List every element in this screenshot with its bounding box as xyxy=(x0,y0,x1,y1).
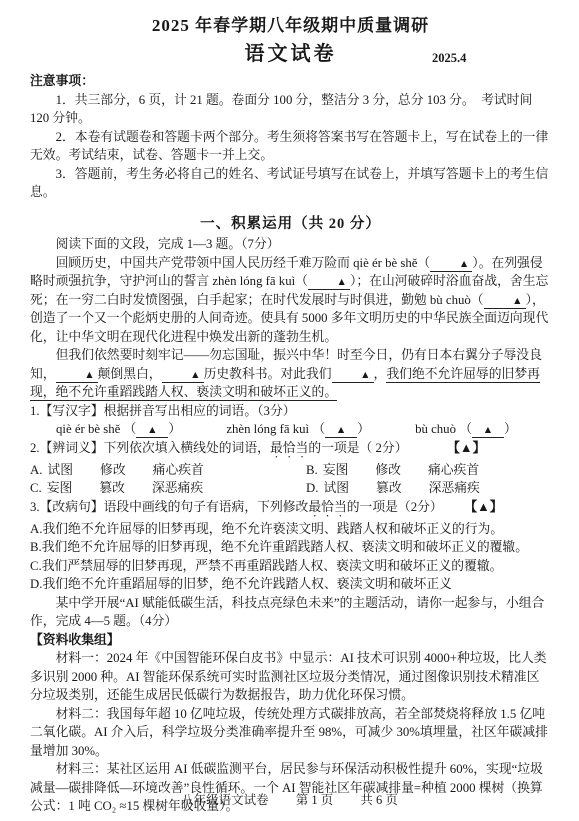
material-1: 材料一：2024 年《中国智能环保白皮书》中显示：AI 技术可识别 4000+种… xyxy=(30,649,551,705)
notice-item-3: 3．答题前，考生务必将自己的姓名、考试证号填写在试卷上，并填写答题卡上的考生信息… xyxy=(30,165,551,202)
activity-intro: 某中学开展“AI 赋能低碳生活，科技点亮绿色未来”的主题活动，请你一起参与，小组… xyxy=(30,594,551,631)
option-word: 修改 xyxy=(375,463,401,477)
question-1-label: 1.【写汉字】根据拼音写出相应的词语。（3分） xyxy=(30,402,551,421)
fill-blank-triangle: ▲ xyxy=(56,369,98,383)
option-letter: C. xyxy=(30,481,42,495)
option-word: 试图 xyxy=(47,463,73,477)
question-1-answer-line: qiè ér bè shě （▲） zhèn lóng fā kuì （▲） b… xyxy=(30,420,551,439)
question-2-label: 2.【辨词义】下列依次填入横线处的词语，最恰当的一项是（ 2分）【▲】 xyxy=(30,439,551,461)
section-1-heading: 一、积累运用（共 20 分） xyxy=(30,215,551,234)
question-3-answer-bracket: 【▲】 xyxy=(471,500,503,514)
pinyin-text: qiè ér bè shě xyxy=(56,422,124,436)
option-letter: B. xyxy=(306,463,318,477)
notices-label: 注意事项： xyxy=(30,72,551,91)
option-d: D.试图篡改深恶痛疾 xyxy=(306,479,551,498)
passage-paragraph-2: 但我们依然要时刻牢记——勿忘国耻，振兴中华！时至今日，仍有日本右翼分子辱没良知，… xyxy=(30,346,551,402)
notice-item-1: 1．共三部分，6 页，计 21 题。卷面分 100 分，整洁分 3 分，总分 1… xyxy=(30,91,551,128)
question-3-emphasis: 最恰当 xyxy=(308,500,346,514)
pinyin-text: bù chuò xyxy=(415,422,459,436)
option-word: 妄图 xyxy=(47,481,73,495)
option-b: B.妄图修改痛心疾首 xyxy=(306,461,551,480)
question-2-text: 的一项是（ 2分） xyxy=(308,441,407,455)
question-3-text: 3.【改病句】语段中画线的句子有语病，下列修改 xyxy=(30,500,308,514)
question-2-emphasis: 最恰当 xyxy=(270,441,308,455)
footer-paper-name: 八年级语文试卷 xyxy=(181,793,269,807)
option-letter: A. xyxy=(30,463,42,477)
option-word: 试图 xyxy=(323,481,349,495)
question-3-label: 3.【改病句】语段中画线的句子有语病，下列修改最恰当的一项是（2分）【▲】 xyxy=(30,498,551,520)
footer-page-total: 共 6 页 xyxy=(360,793,398,807)
option-word: 篡改 xyxy=(376,481,402,495)
passage-text: 历史教科书。对此我们 xyxy=(204,367,332,381)
material-group-label: 【资料收集组】 xyxy=(30,631,551,650)
option-word: 修改 xyxy=(100,463,126,477)
pinyin-item-3: bù chuò （▲） xyxy=(415,422,517,436)
reading-passage: 回顾历史，中国共产党带领中国人民历经千难万险而 qiè ér bè shě（▲）… xyxy=(30,254,551,402)
fill-blank-triangle: ▲ xyxy=(325,424,357,438)
footer-page-number: 第 1 页 xyxy=(296,793,334,807)
option-word: 痛心疾首 xyxy=(153,463,204,477)
fill-blank-triangle: ▲ xyxy=(430,258,472,272)
paper-subtitle: 语文试卷 xyxy=(30,40,551,68)
fill-blank-triangle: ▲ xyxy=(136,424,168,438)
question-3-option-c: C.我们严禁屈辱的旧梦再现，严禁不再重蹈践踏人权、亵渎文明和破坏正义的覆辙。 xyxy=(30,557,551,576)
question-2-answer-bracket: 【▲】 xyxy=(454,441,486,455)
fill-blank-triangle: ▲ xyxy=(308,276,350,290)
passage-text: 回顾历史，中国共产党带领中国人民历经千难万险而 qiè ér bè shě（ xyxy=(56,256,431,270)
page-title: 2025 年春学期八年级期中质量调研 xyxy=(30,14,551,38)
passage-intro: 阅读下面的文段，完成 1—3 题。（7分） xyxy=(30,235,551,254)
question-3-text: 的一项是（2分） xyxy=(347,500,443,514)
fill-blank-triangle: ▲ xyxy=(162,369,204,383)
pinyin-item-2: zhèn lóng fā kuì （▲） xyxy=(226,422,370,436)
option-word: 妄图 xyxy=(323,463,349,477)
question-2-text: 2.【辨词义】下列依次填入横线处的词语， xyxy=(30,441,270,455)
passage-paragraph-1: 回顾历史，中国共产党带领中国人民历经千难万险而 qiè ér bè shě（▲）… xyxy=(30,254,551,347)
page-footer: 八年级语文试卷 第 1 页 共 6 页 xyxy=(0,791,579,810)
notice-item-2: 2．本卷有试题卷和答题卡两个部分。考生须将答案书写在答题卡上，写在试卷上的一律无… xyxy=(30,128,551,165)
material-2: 材料二：我国每年超 10 亿吨垃圾，传统处理方式碳排放高，若全部焚烧将释放 1.… xyxy=(30,705,551,761)
paren-close: ） xyxy=(357,422,370,436)
question-3-option-b: B.我们绝不允许屈辱的旧梦再现，绝不允许重蹈践踏人权、亵渎文明和破坏正义的覆辙。 xyxy=(30,538,551,557)
paren-close: ） xyxy=(504,422,517,436)
fill-blank-triangle: ▲ xyxy=(484,295,526,309)
passage-text: 颠倒黑白， xyxy=(98,367,162,381)
fill-blank-triangle: ▲ xyxy=(472,424,504,438)
paren-open: （ xyxy=(459,422,472,436)
option-word: 篡改 xyxy=(99,481,125,495)
pinyin-item-1: qiè ér bè shě （▲） xyxy=(56,422,181,436)
paren-close: ） xyxy=(168,422,181,436)
subtitle-row: 语文试卷 2025.4 xyxy=(30,40,551,68)
passage-text: ， xyxy=(374,367,387,381)
option-letter: D. xyxy=(306,481,318,495)
exam-paper-page: 2025 年春学期八年级期中质量调研 语文试卷 2025.4 注意事项： 1．共… xyxy=(0,0,579,821)
fill-blank-triangle: ▲ xyxy=(332,369,374,383)
option-a: A.试图修改痛心疾首 xyxy=(30,461,306,480)
paren-open: （ xyxy=(124,422,137,436)
question-3-option-d: D.我们绝不允许重蹈屈辱的旧梦，绝不允许践踏人权、亵渎文明和破坏正义 xyxy=(30,575,551,594)
option-word: 深恶痛疾 xyxy=(429,481,480,495)
exam-date: 2025.4 xyxy=(432,49,466,68)
option-c: C.妄图篡改深恶痛疾 xyxy=(30,479,306,498)
option-word: 痛心疾首 xyxy=(428,463,479,477)
option-word: 深恶痛疾 xyxy=(152,481,203,495)
pinyin-text: zhèn lóng fā kuì xyxy=(226,422,312,436)
question-3-option-a: A.我们绝不允许屈辱的旧梦再现，绝不允许亵渎文明、践踏人权和破坏正义的行为。 xyxy=(30,520,551,539)
question-2-options: A.试图修改痛心疾首 B.妄图修改痛心疾首 C.妄图篡改深恶痛疾 D.试图篡改深… xyxy=(30,461,551,498)
paren-open: （ xyxy=(312,422,325,436)
